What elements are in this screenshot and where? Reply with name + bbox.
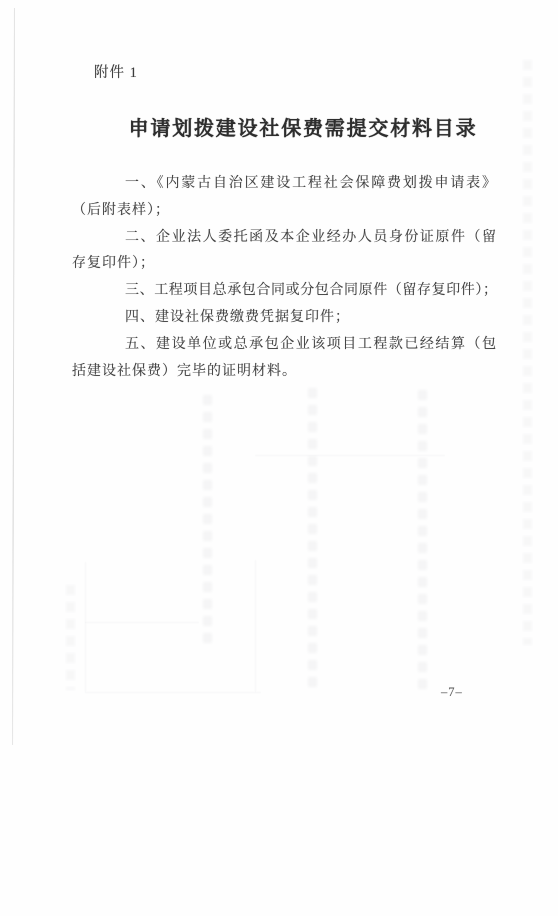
list-item-1: 一、《内蒙古自治区建设工程社会保障费划拨申请表》（后附表样）； [72, 171, 497, 225]
bleedthrough-ghost [66, 585, 75, 690]
document-title: 申请划拨建设社保费需提交材料目录 [127, 112, 479, 141]
bleedthrough-ghost [203, 395, 212, 650]
bleedthrough-ghost-line [85, 622, 199, 623]
list-item-5: 五、建设单位或总承包企业该项目工程款已经结算（包括建设社保费）完毕的证明材料。 [72, 332, 497, 386]
bleedthrough-ghost-line [85, 692, 261, 693]
list-item-3: 三、工程项目总承包合同或分包合同原件（留存复印件）； [72, 278, 524, 305]
document-body: 一、《内蒙古自治区建设工程社会保障费划拨申请表》（后附表样）； 二、企业法人委托… [72, 171, 497, 385]
page-number: –7– [441, 685, 463, 700]
bleedthrough-ghost [418, 390, 427, 695]
list-item-2: 二、企业法人委托函及本企业经办人员身份证原件（留存复印件）； [72, 225, 497, 279]
bleedthrough-ghost [308, 388, 317, 688]
bleedthrough-ghost-line [255, 455, 445, 456]
list-item-4: 四、建设社保费缴费凭据复印件； [72, 305, 497, 332]
scanned-page: 附件 1 申请划拨建设社保费需提交材料目录 一、《内蒙古自治区建设工程社会保障费… [0, 0, 558, 916]
bleedthrough-ghost [523, 60, 532, 645]
bleedthrough-ghost-line [85, 562, 86, 692]
attachment-label: 附件 1 [94, 61, 138, 82]
page-left-edge-line [12, 8, 15, 745]
bleedthrough-ghost-line [255, 560, 256, 692]
